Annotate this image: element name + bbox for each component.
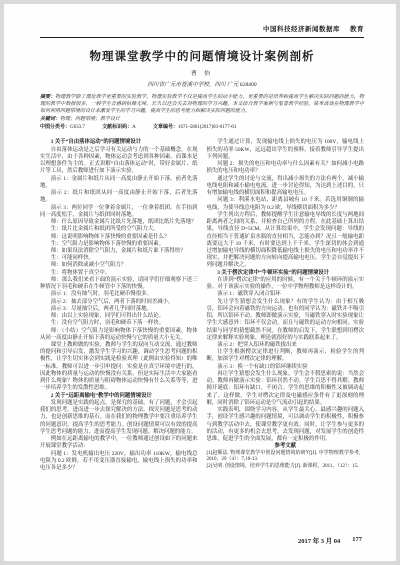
author-affiliation: 四川省广元市苍溪中学校，四川 广元 628400 bbox=[40, 80, 364, 88]
classification-line: 中图分类号：G633.7 文献标识码：A 文章编号：1671-5861(2017… bbox=[40, 125, 364, 132]
paragraph: 问题 3：利溪水电站，距离县城有 10 千米。若选用铜制的输电线，为使导线总电阻… bbox=[207, 197, 365, 211]
paragraph: 问题 1：发电机输出电压 220V，输出功率 110KW，输电线总电阻为 0.2… bbox=[40, 451, 198, 473]
section-heading: 2 关于“远距离输电”教学中的问题情境设计 bbox=[40, 393, 198, 400]
paragraph: 学生通过计算，发现输电线上损失的电压为 100V，输电线上损失的功率 50KW，… bbox=[207, 139, 365, 161]
page-footer: 2017 年 3 月 04 177 bbox=[298, 536, 362, 545]
keywords: 关键词：物理；问题情境；教学设计 bbox=[40, 117, 364, 124]
article-number: 文章编号：1671-5861(2017)03-0177-01 bbox=[153, 125, 236, 130]
clc-number: 中图分类号：G633.7 bbox=[40, 125, 85, 130]
scanned-paper-page: 中国科技经济新闻数据库教育 物理课堂教学中的问题情境设计案例剖析 曹 怡 四川省… bbox=[4, 4, 396, 561]
paragraph: 通过学生的讨论与交流，得出减小损失的方法有两个，减小输电线电阻和减小输电电流。进… bbox=[207, 176, 365, 198]
section-heading: 1 关于“自由落体运动”的问题情境设计 bbox=[40, 139, 198, 146]
paragraph: 演示 2：抽去部分空气后，两者下落的时间差减小。 bbox=[40, 299, 198, 306]
document-code: 文献标识码：A bbox=[102, 125, 136, 130]
database-header: 中国科技经济新闻数据库教育 bbox=[40, 24, 364, 37]
paragraph: 学生列出方程后，教师提醒学生注意输电导线的长度与两地间距离两者之间的关系，并检查… bbox=[207, 212, 365, 270]
database-name: 中国科技经济新闻数据库 bbox=[263, 26, 340, 33]
body-columns: 1 关于“自由落体运动”的问题情境设计自由落体运动是之后学习有关运动与力的一个基… bbox=[40, 139, 364, 472]
body-column-left: 1 关于“自由落体运动”的问题情境设计自由落体运动是之后学习有关运动与力的一个基… bbox=[40, 139, 198, 472]
paragraph: 问题 2：损失的电压和电功率与什么因素有关？如何减小电路损失的电压和电功率？ bbox=[207, 161, 365, 175]
paragraph: 生：空气阻力是影响物体下落快慢的重要因素。 bbox=[40, 241, 198, 248]
paragraph: 师：如何消除或减小空气阻力？ bbox=[40, 262, 198, 269]
abstract-label: 摘要： bbox=[40, 95, 55, 100]
paragraph: 演示 2：纸片和纸团从同一高度由静止开始下落，后者先落地。 bbox=[40, 190, 198, 204]
footer-date: 2017 年 3 月 04 bbox=[298, 536, 340, 545]
paragraph: 在讲到“楞次定律”的应用的时候，有一个关于牛顿环的演示实验。对于该演示实验的操作… bbox=[207, 277, 365, 291]
paragraph: 自由落体运动是之后学习有关运动与力的一个基础概念。在现实生活中，由于各种因素，物… bbox=[40, 147, 198, 176]
paragraph: 演示 1：金属片和纸片从同一高度由静止开始下落，前者先落地。 bbox=[40, 176, 198, 190]
paragraph: 例如在远距离输电的教学中，一位教师通过创设如下的问题来开展课堂教学活动： bbox=[40, 436, 198, 450]
paragraph: 演示 1：没有抽气时，羽毛比硬币慢很多。 bbox=[40, 291, 198, 298]
footer-page-number: 177 bbox=[352, 536, 362, 545]
author-name: 曹 怡 bbox=[40, 68, 364, 77]
header-rule bbox=[40, 37, 364, 38]
paragraph: 师：（小结）空气阻力是影响物体下落快慢的重要因素，物体从同一高度由静止开始下落的… bbox=[40, 328, 198, 342]
references-heading: 参考文献 bbox=[207, 443, 365, 450]
article-title: 物理课堂教学中的问题情境设计案例剖析 bbox=[40, 48, 364, 64]
paragraph: 师：这说明影响物体下落快慢的重要因素是什么？ bbox=[40, 234, 198, 241]
keywords-text: 物理；问题情境；教学设计 bbox=[60, 117, 120, 122]
paragraph: 生：将物体置于真空中。 bbox=[40, 270, 198, 277]
abstract: 摘要：物理教学除了理论教学更重要的实验教学。物理实验教学不仅是提高学生的动手能力… bbox=[40, 95, 364, 116]
category-label: 教育 bbox=[350, 26, 364, 33]
reference-item: [2]吴明. 创设情境，培养学生的思维能力[J]. 新课程，2011，（12）：… bbox=[207, 464, 365, 471]
paragraph: 先让学生猜想会发生什么现象？有的学生认为：由于相互吸引，铝环会向着磁铁的方向运动… bbox=[207, 299, 365, 342]
paragraph: 生：纸片比金属片和纸团所受的空气阻力大。 bbox=[40, 226, 198, 233]
paragraph: 演示 3：尽量抽空后，两者几乎同时落地。 bbox=[40, 306, 198, 313]
paragraph: 再让学生猜想会发生什么现象。学生会不假思索的说：当然会动。教师再做演示实验：铝环… bbox=[207, 371, 365, 407]
paragraph: 让学生根据楞次定律进行判断，教师再演示，检验学生的判断，加深学生对楞次定律的理解… bbox=[207, 349, 365, 363]
section-heading: 3 关于楞次定律中“牛顿环实验”的问题情境设计 bbox=[207, 270, 365, 277]
paragraph: 师：那么我们来看下面的演示实验，请同学们仔细观察下述三种情况下羽毛和硬币在牛顿管… bbox=[40, 277, 198, 291]
paragraph: 演示 3：换一个有缺口的铝环继续实验 bbox=[207, 364, 365, 371]
keywords-label: 关键词： bbox=[40, 117, 60, 122]
abstract-text: 物理教学除了理论教学更重要的实验教学。物理实验教学不仅是提高学生的动手能力，更重… bbox=[40, 95, 364, 114]
body-column-right: 学生通过计算，发现输电线上损失的电压为 100V，输电线上损失的功率 50KW，… bbox=[207, 139, 365, 472]
article-meta: 摘要：物理教学除了理论教学更重要的实验教学。物理实验教学不仅是提高学生的动手能力… bbox=[40, 95, 364, 131]
reference-item: [1]赵顺法. 物理课堂教学中创设问题情境的研究[J]. 中学物理教学参考，20… bbox=[207, 451, 365, 464]
paragraph: 生：没有空气阻力时，羽毛和硬币下落一样快。 bbox=[40, 320, 198, 327]
paragraph: 发现问题是实践的起点，是探究的基础。有了问题，才会引起我们的思考，进而进一步去探… bbox=[40, 400, 198, 436]
paragraph: 课堂上教师做的实验，教师与学生的双向互动交流，通过教师的提问和引导启发，激发学生… bbox=[40, 342, 198, 393]
paragraph: 实践表明，围绕学习内容，从学生最关心、最感兴趣的问题入手，创设学生感兴趣的问题情… bbox=[207, 407, 365, 443]
paragraph: 演示 1：磁铁穿入闭合铝环 bbox=[207, 291, 365, 298]
paragraph: 演示 3：两位同学一位拿着金属片，一位拿着纸团，在手抬到同一高度松手，金属片与纸… bbox=[40, 205, 198, 219]
